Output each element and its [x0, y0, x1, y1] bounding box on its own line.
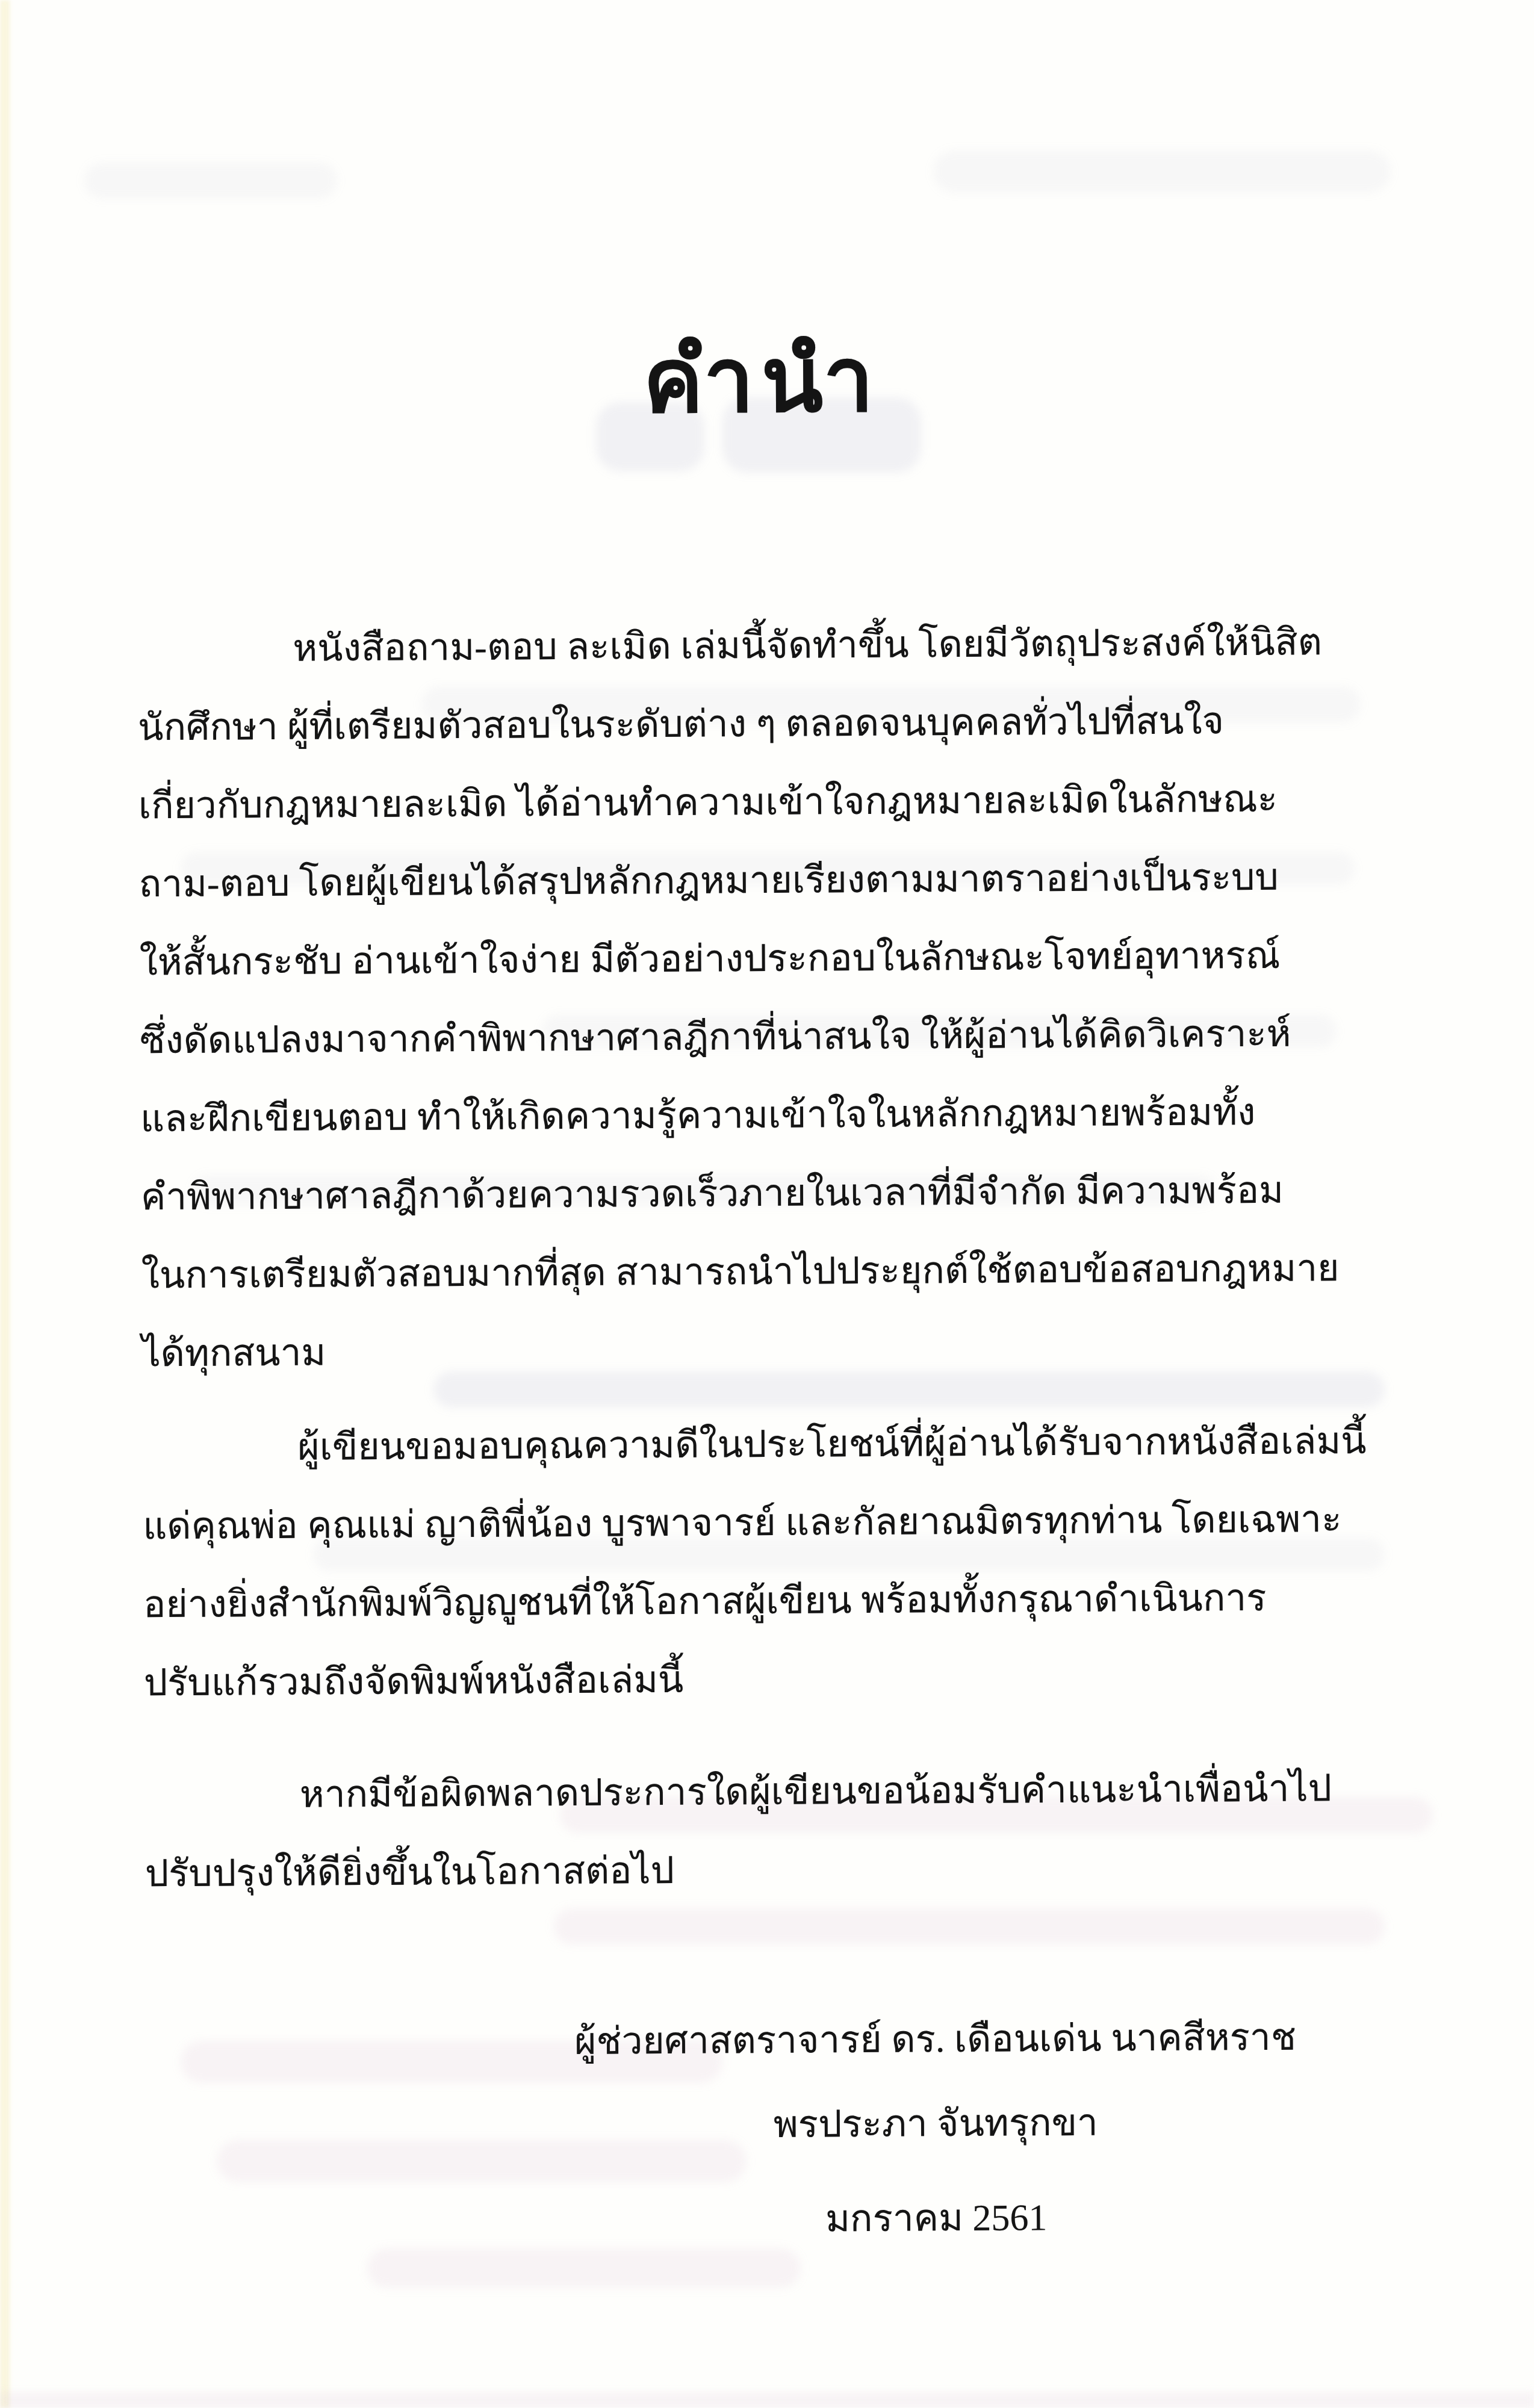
text-line: ปรับแก้รวมถึงจัดพิมพ์หนังสือเล่มนี้ — [143, 1636, 1409, 1722]
text-line: อย่างยิ่งสำนักพิมพ์วิญญูชนที่ให้โอกาสผู้… — [143, 1559, 1409, 1645]
text-line: ถาม-ตอบ โดยผู้เขียนได้สรุปหลักกฎหมายเรีย… — [138, 838, 1405, 924]
scanned-book-page: { "page": { "title": "คำนำ", "paragraphs… — [0, 0, 1534, 2408]
text-line: ปรับปรุงให้ดียิ่งขึ้นในโอกาสต่อไป — [144, 1827, 1411, 1913]
text-line: และฝึกเขียนตอบ ทำให้เกิดความรู้ความเข้าใ… — [140, 1073, 1406, 1159]
text-line: คำพิพากษาศาลฎีกาด้วยความรวดเร็วภายในเวลา… — [141, 1151, 1407, 1237]
paragraph: หากมีข้อผิดพลาดประการใดผู้เขียนขอน้อมรับ… — [144, 1749, 1411, 1913]
printed-content: คำนำ หนังสือถาม-ตอบ ละเมิด เล่มนี้จัดทำข… — [0, 0, 1534, 2408]
publication-date: มกราคม 2561 — [332, 2176, 1534, 2261]
text-line: ในการเตรียมตัวสอบมากที่สุด สามารถนำไปประ… — [141, 1229, 1407, 1315]
page-edge-tint — [0, 0, 10, 2408]
preface-page: คำนำ หนังสือถาม-ตอบ ละเมิด เล่มนี้จัดทำข… — [0, 0, 1534, 2408]
page-title: คำนำ — [0, 328, 1529, 434]
text-line: ซึ่งดัดแปลงมาจากคำพิพากษาศาลฎีกาที่น่าสน… — [140, 995, 1406, 1081]
paragraph: ผู้เขียนขอมอบคุณความดีในประโยชน์ที่ผู้อ่… — [142, 1402, 1409, 1723]
text-line: ได้ทุกสนาม — [141, 1308, 1408, 1394]
signature-block: ผู้ช่วยศาสตราจารย์ ดร. เดือนเด่น นาคสีหร… — [319, 0, 1527, 3]
text-line: เกี่ยวกับกฎหมายละเมิด ได้อ่านทำความเข้าใ… — [138, 760, 1405, 846]
text-line: ผู้เขียนขอมอบคุณความดีในประโยชน์ที่ผู้อ่… — [142, 1402, 1408, 1488]
paragraph: หนังสือถาม-ตอบ ละเมิด เล่มนี้จัดทำขึ้น โ… — [137, 603, 1408, 1394]
text-line: ให้สั้นกระชับ อ่านเข้าใจง่าย มีตัวอย่างป… — [139, 916, 1405, 1002]
page-edge-shadow — [0, 2392, 1534, 2408]
author-name: ผู้ช่วยศาสตราจารย์ ดร. เดือนเด่น นาคสีหร… — [331, 1997, 1534, 2082]
text-line: นักศึกษา ผู้ที่เตรียมตัวสอบในระดับต่าง ๆ… — [138, 681, 1404, 768]
text-line: หนังสือถาม-ตอบ ละเมิด เล่มนี้จัดทำขึ้น โ… — [137, 603, 1403, 689]
text-line: แด่คุณพ่อ คุณแม่ ญาติพี่น้อง บูรพาจารย์ … — [143, 1480, 1409, 1566]
text-line: หากมีข้อผิดพลาดประการใดผู้เขียนขอน้อมรับ… — [144, 1749, 1411, 1835]
coauthor-name: พรประภา จันทรุกขา — [332, 2081, 1534, 2167]
